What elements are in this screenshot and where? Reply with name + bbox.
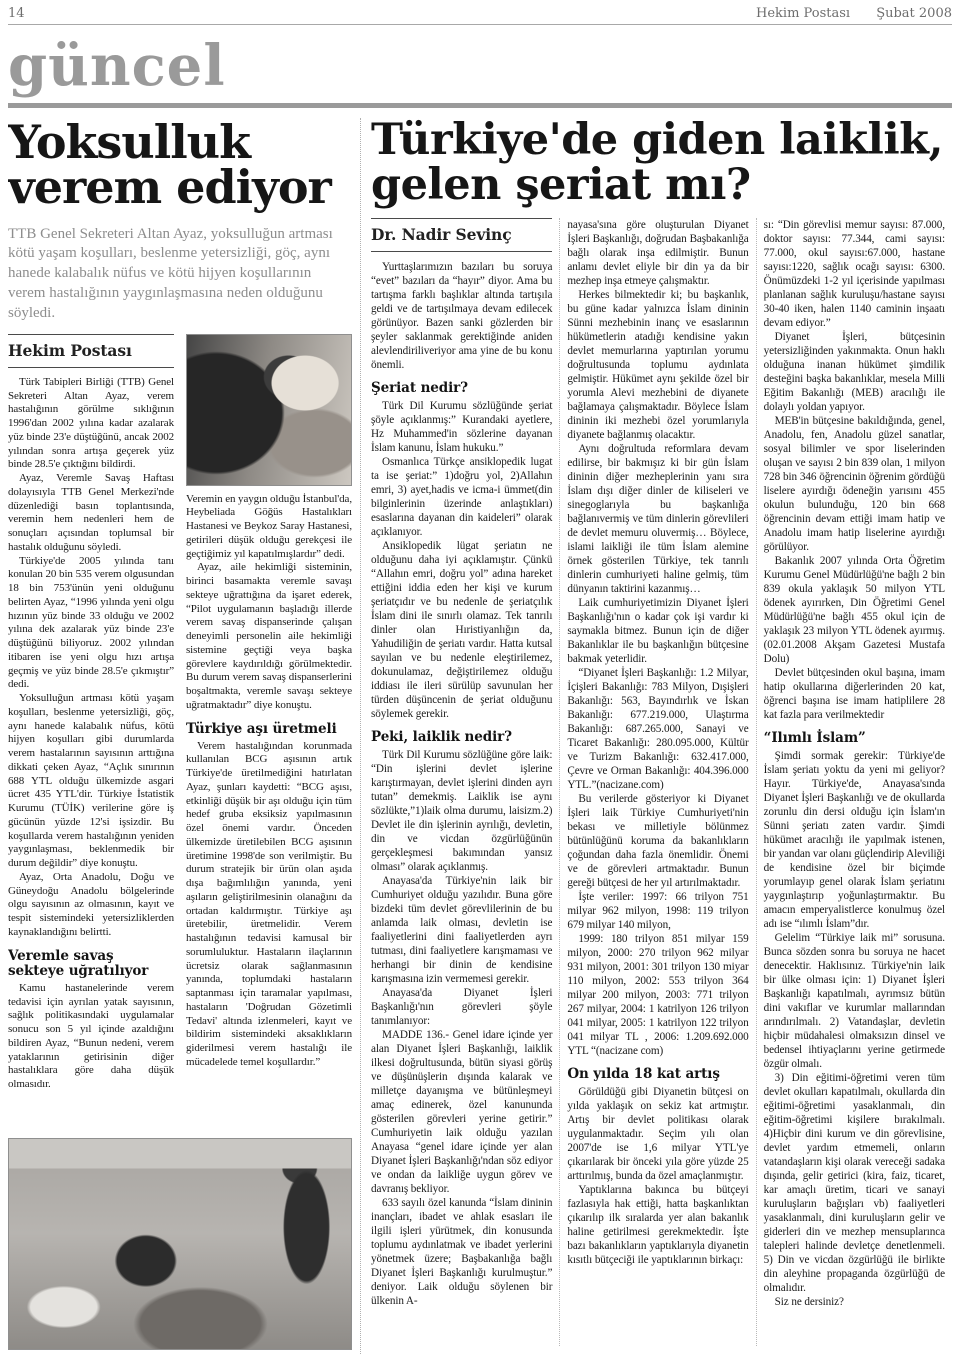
article-headline: Yoksulluk verem ediyor xyxy=(8,120,352,210)
photo-tb-exam xyxy=(186,334,352,486)
paragraph: Osmanlıca Türkçe ansiklopedik lugat ta i… xyxy=(371,455,552,539)
paragraph: Şimdi sormak gerekir: Türkiye'de İslam ş… xyxy=(764,749,945,931)
subhead-laiklik-nedir: Peki, laiklik nedir? xyxy=(371,730,552,745)
subhead-seriat-nedir: Şeriat nedir? xyxy=(371,381,552,396)
paragraph: Yoksulluğun artması kötü yaşam koşulları… xyxy=(8,692,174,871)
paragraph: 3) Din eğitimi-öğretimi veren tüm devlet… xyxy=(764,1071,945,1295)
article-columns: Dr. Nadir Sevinç Yurttaşlarımızın bazıla… xyxy=(371,218,952,1346)
masthead: Hekim Postası xyxy=(756,6,850,21)
page-number: 14 xyxy=(8,6,25,21)
column-1: Hekim Postası Türk Tabipleri Birliği (TT… xyxy=(8,334,174,1130)
paragraph: Ayaz, aile hekimliği sisteminin, birinci… xyxy=(186,561,352,712)
folio-bar: 14 Hekim Postası Şubat 2008 xyxy=(8,6,952,25)
paragraph: Herkes bilmektedir ki; bu başkanlık, bu … xyxy=(567,288,748,442)
paragraph: Anayasa'da Diyanet İşleri Başkanlığı'nın… xyxy=(371,986,552,1028)
paragraph: nayasa'sına göre oluşturulan Diyanet İşl… xyxy=(567,218,748,288)
paragraph: 1999: 180 trilyon 851 milyar 159 milyon,… xyxy=(567,932,748,1058)
article-lede: TTB Genel Sekreteri Altan Ayaz, yoksullu… xyxy=(8,225,352,324)
column-c: sı: “Din görevlisi memur sayısı: 87.000,… xyxy=(756,218,952,1346)
column-a: Dr. Nadir Sevinç Yurttaşlarımızın bazıla… xyxy=(371,218,559,1346)
paragraph: Devlet bütçesinden okul başına, imam hat… xyxy=(764,666,945,722)
issue-date: Şubat 2008 xyxy=(876,6,952,21)
paragraph: Bakanlık 2007 yılında Orta Öğretim Kurum… xyxy=(764,554,945,666)
subhead-ilimli-islam: “Ilımlı İslam” xyxy=(764,731,945,746)
paragraph: Türkiye'de 2005 yılında tanı konulan 20 … xyxy=(8,555,174,693)
paragraph: Yurttaşlarımızın bazıları bu soruya “eve… xyxy=(371,260,552,372)
newspaper-page: 14 Hekim Postası Şubat 2008 güncel Yoksu… xyxy=(0,0,960,1354)
article-laiklik-seriat: Türkiye'de giden laiklik, gelen şeriat m… xyxy=(360,118,952,1354)
byline-hekim-postasi: Hekim Postası xyxy=(8,334,174,368)
section-title: güncel xyxy=(8,41,952,91)
paragraph: İşte veriler: 1997: 66 trilyon 751 milya… xyxy=(567,890,748,932)
paragraph: Anayasa'da Türkiye'nin laik bir Cumhuriy… xyxy=(371,874,552,986)
masthead-date: Hekim Postası Şubat 2008 xyxy=(756,6,952,21)
paragraph: “Diyanet İşleri Başkanlığı: 1.2 Milyar, … xyxy=(567,666,748,792)
article-poverty-tuberculosis: Yoksulluk verem ediyor TTB Genel Sekrete… xyxy=(8,118,360,1354)
subhead-asi-uretmeli: Türkiye aşı üretmeli xyxy=(186,722,352,737)
paragraph: Görüldüğü gibi Diyanetin bütçesi on yıld… xyxy=(567,1085,748,1183)
column-b: nayasa'sına göre oluşturulan Diyanet İşl… xyxy=(559,218,755,1346)
photo-children-garbage xyxy=(8,1138,352,1350)
page-content: Yoksulluk verem ediyor TTB Genel Sekrete… xyxy=(8,118,952,1354)
paragraph: Yaptıklarına bakınca bu bütçeyi fazlasıy… xyxy=(567,1183,748,1267)
paragraph: MEB'in bütçesine bakıldığında, genel, An… xyxy=(764,414,945,554)
paragraph: Veremin en yaygın olduğu İstanbul'da, He… xyxy=(186,493,352,562)
paragraph: Siz ne dersiniz? xyxy=(764,1295,945,1309)
paragraph: Türk Dil Kurumu sözlüğünde şeriat şöyle … xyxy=(371,399,552,455)
article-headline: Türkiye'de giden laiklik, gelen şeriat m… xyxy=(371,118,952,207)
paragraph: Ansiklopedik lügat şeriatın ne olduğunu … xyxy=(371,539,552,721)
paragraph: Laik cumhuriyetimizin Diyanet İşleri Baş… xyxy=(567,596,748,666)
paragraph: Aynı doğrultuda reformlara devam edilirs… xyxy=(567,442,748,596)
paragraph: MADDE 136.- Genel idare içinde yer alan … xyxy=(371,1028,552,1196)
paragraph: Verem hastalığından korunmada kullanılan… xyxy=(186,740,352,1070)
paragraph: Ayaz, Orta Anadolu, Doğu ve Güneydoğu An… xyxy=(8,871,174,940)
paragraph: Türk Dil Kurumu sözlüğüne göre laik: “Di… xyxy=(371,748,552,874)
paragraph: 633 sayılı özel kanunda “İslam dininin i… xyxy=(371,1196,552,1308)
column-2: Veremin en yaygın olduğu İstanbul'da, He… xyxy=(186,334,352,1130)
paragraph: Ayaz, Veremle Savaş Haftası dolayısıyla … xyxy=(8,472,174,555)
article-columns: Hekim Postası Türk Tabipleri Birliği (TT… xyxy=(8,334,352,1130)
subhead-veremle-savas: Veremle savaş sekteye uğratılıyor xyxy=(8,949,174,979)
paragraph: Türk Tabipleri Birliği (TTB) Genel Sekre… xyxy=(8,376,174,472)
byline-dr-nadir-sevinc: Dr. Nadir Sevinç xyxy=(371,218,552,252)
paragraph: Diyanet İşleri, bütçesinin yetersizliğin… xyxy=(764,330,945,414)
paragraph: Kamu hastanelerinde verem tedavisi için … xyxy=(8,982,174,1092)
paragraph: sı: “Din görevlisi memur sayısı: 87.000,… xyxy=(764,218,945,330)
paragraph: Gelelim “Türkiye laik mi” sorusuna. Bunc… xyxy=(764,931,945,1071)
section-rule xyxy=(8,103,952,108)
subhead-on-yilda-artis: On yılda 18 kat artış xyxy=(567,1067,748,1082)
paragraph: Bu verilerde gösteriyor ki Diyanet İşler… xyxy=(567,792,748,890)
